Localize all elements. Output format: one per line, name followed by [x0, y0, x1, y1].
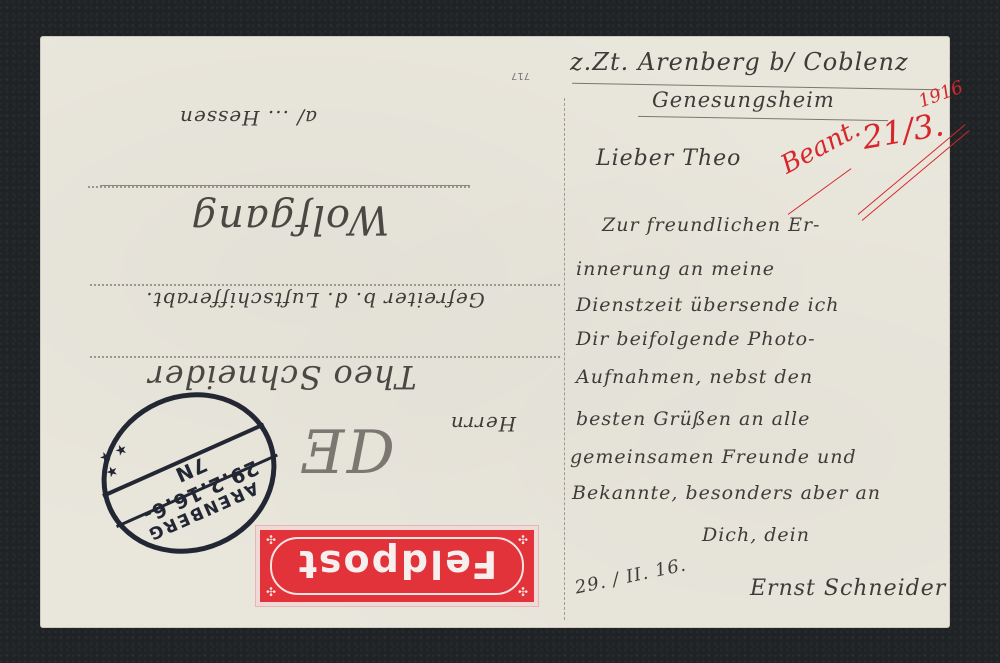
message-line: gemeinsamen Freunde und [570, 446, 857, 468]
message-line: Bekannte, besonders aber an [572, 482, 881, 504]
address-line-unit: Gefreiter b. d. Luftschifferabt. [80, 288, 550, 312]
message-line: Zur freundlichen Er- [602, 214, 820, 236]
message-line: Dir beifolgende Photo- [576, 328, 816, 350]
receipt-mark-year: 1916 [916, 77, 966, 112]
feldpost-text: Feldpost [260, 542, 534, 586]
postmark-stars-icon: ★ ★★ [97, 441, 137, 482]
receipt-mark-text: Beant. [776, 114, 866, 181]
pencil-annotation: ƎD [302, 418, 396, 488]
address-line-wolfgang: a/ ... Hessen [68, 106, 428, 130]
address-line-name: Theo Schneider [92, 358, 472, 396]
center-divider [564, 98, 565, 620]
message-line: Dienstzeit übersende ich [576, 294, 840, 316]
address-line-1 [88, 186, 470, 188]
address-text: Herrn [450, 412, 516, 436]
address-text: Wolfgang [191, 196, 390, 242]
clover-ornament-icon: ✣ [266, 586, 276, 598]
message-line: besten Grüßen an alle [576, 408, 810, 430]
address-text: Gefreiter b. d. Luftschifferabt. [145, 288, 485, 312]
postcard: 717 a/ ... Hessen Wolfgang Gefreiter b. … [40, 36, 950, 628]
address-line-city: Wolfgang [160, 196, 420, 242]
address-line-herrn: Herrn [418, 412, 548, 436]
feldpost-label: ✣ ✣ ✣ ✣ Feldpost [256, 526, 538, 606]
address-text: a/ ... Hessen [179, 106, 317, 130]
message-line: Dich, dein [702, 524, 810, 546]
address-underline [100, 185, 470, 186]
address-line-2 [90, 284, 560, 286]
message-line: innerung an meine [576, 258, 775, 280]
message-header-place: Genesungsheim [652, 88, 835, 112]
message-salutation: Lieber Theo [596, 146, 741, 171]
catalog-mark: 717 [511, 70, 530, 81]
message-header-location: z.Zt. Arenberg b/ Coblenz [570, 48, 909, 76]
message-date: 29. / II. 16. [573, 554, 688, 598]
address-text: Theo Schneider [147, 358, 416, 396]
message-line: Aufnahmen, nebst den [576, 366, 813, 388]
message-signature: Ernst Schneider [750, 576, 946, 601]
clover-ornament-icon: ✣ [518, 586, 528, 598]
